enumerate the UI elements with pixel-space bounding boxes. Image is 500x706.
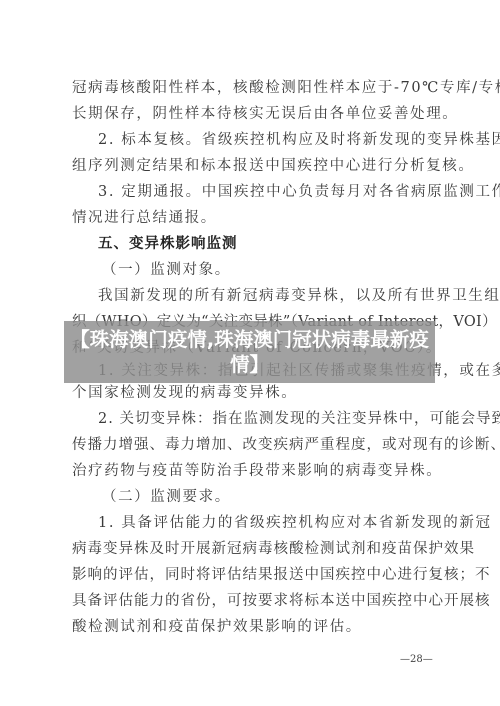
doc-line-15: 传播力增强、毒力增加、改变疾病严重程度，或对现有的诊断、: [72, 436, 432, 454]
doc-line-21: 具备评估能力的省份，可按要求将标本送中国疾控中心开展核: [72, 592, 432, 610]
page-number: —28—: [400, 654, 433, 665]
doc-line-6: 情况进行总结通报。: [72, 209, 432, 227]
doc-line-20: 影响的评估，同时将评估结果报送中国疾控中心进行复核；不: [72, 566, 432, 584]
doc-line-18: 1. 具备评估能力的省级疾控机构应对本省新发现的新冠: [98, 514, 458, 532]
banner-title: 【珠海澳门疫情,珠海澳门冠状病毒最新疫情】: [70, 327, 430, 377]
subsection-heading-2: （二）监测要求。: [102, 488, 462, 506]
doc-line-19: 病毒变异株及时开展新冠病毒核酸检测试剂和疫苗保护效果: [72, 540, 432, 558]
doc-line-16: 治疗药物与疫苗等防治手段带来影响的病毒变异株。: [72, 462, 432, 480]
title-banner: 【珠海澳门疫情,珠海澳门冠状病毒最新疫情】: [64, 321, 435, 383]
doc-line-2: 长期保存，阴性样本待核实无误后由各单位妥善处理。: [72, 105, 432, 123]
doc-line-5: 3. 定期通报。中国疾控中心负责每月对各省病原监测工作: [98, 183, 458, 201]
doc-line-13: 个国家检测发现的病毒变异株。: [72, 384, 432, 402]
document-page: 冠病毒核酸阳性样本，核酸检测阳性样本应于-70℃专库/专柜 长期保存，阴性样本待…: [0, 0, 500, 706]
doc-line-14: 2. 关切变异株：指在监测发现的关注变异株中，可能会导致: [98, 410, 458, 428]
doc-line-4: 组序列测定结果和标本报送中国疾控中心进行分析复核。: [72, 157, 432, 175]
doc-line-3: 2. 标本复核。省级疾控机构应及时将新发现的变异株基因: [98, 131, 458, 149]
section-heading: 五、变异株影响监测: [98, 235, 458, 253]
doc-line-22: 酸检测试剂和疫苗保护效果影响的评估。: [72, 618, 432, 636]
subsection-heading-1: （一）监测对象。: [102, 261, 462, 279]
doc-line-1: 冠病毒核酸阳性样本，核酸检测阳性样本应于-70℃专库/专柜: [72, 79, 432, 97]
doc-line-9: 我国新发现的所有新冠病毒变异株，以及所有世界卫生组: [98, 287, 458, 305]
